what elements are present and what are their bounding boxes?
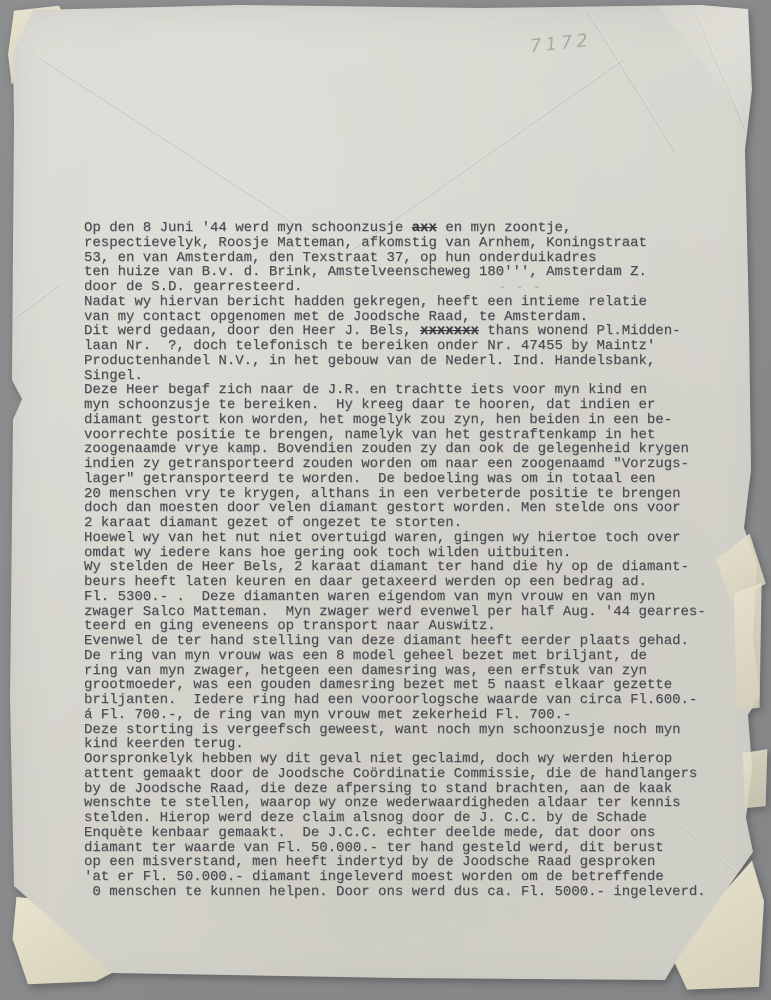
typed-text: diamant gestort kon worden, het mogelyk … xyxy=(84,412,672,428)
typed-line: De ring van myn vrouw was een 8 model ge… xyxy=(84,649,734,664)
typed-line: Enquète kenbaar gemaakt. De J.C.C. echte… xyxy=(84,826,734,841)
typed-text: briljanten. Iedere ring had een vooroorl… xyxy=(84,692,697,708)
typed-line: kind keerden terug. xyxy=(84,737,734,752)
typed-text: 'at er Fl. 50.000.- diamant ingeleverd m… xyxy=(84,869,664,885)
typed-text: á Fl. 700.-, de ring van myn vrouw met z… xyxy=(84,707,571,723)
document-paper: 7172 - - - Op den 8 Juni '44 werd myn sc… xyxy=(0,0,771,1000)
typed-line: 2 karaat diamant gezet of ongezet te sto… xyxy=(84,516,734,531)
typed-line: grootmoeder, was een gouden damesring be… xyxy=(84,678,734,693)
typed-text: Oorspronkelyk hebben wy dit geval niet g… xyxy=(84,751,672,767)
typed-line: lager" getransporteerd te worden. De bed… xyxy=(84,472,734,487)
typed-line: briljanten. Iedere ring had een vooroorl… xyxy=(84,693,734,708)
typed-line: diamant gestort kon worden, het mogelyk … xyxy=(84,413,734,428)
typed-text: stelden. Hierop werd deze claim alsnog d… xyxy=(84,810,647,826)
typed-text: Productenhandel N.V., in het gebouw van … xyxy=(84,353,655,369)
typed-text: laan Nr. ?, doch telefonisch te bereiken… xyxy=(84,338,655,354)
typed-line: Hoewel wy van het nut niet overtuigd war… xyxy=(84,531,734,546)
typed-text: en myn zoontje, xyxy=(437,220,571,236)
typed-text: 0 menschen te kunnen helpen. Door ons we… xyxy=(84,884,706,900)
typed-line: Op den 8 Juni '44 werd myn schoonzusje a… xyxy=(84,221,734,236)
typed-text: ten huize van B.v. d. Brink, Amstelveens… xyxy=(84,264,647,280)
typed-line: teerd en ging eveneens op transport naar… xyxy=(84,619,734,634)
typed-text: Fl. 5300.- . Deze diamanten waren eigend… xyxy=(84,589,655,605)
typed-line: ten huize van B.v. d. Brink, Amstelveens… xyxy=(84,265,734,280)
typed-line: stelden. Hierop werd deze claim alsnog d… xyxy=(84,811,734,826)
typed-line: Oorspronkelyk hebben wy dit geval niet g… xyxy=(84,752,734,767)
typed-text: 2 karaat diamant gezet of ongezet te sto… xyxy=(84,515,462,531)
typed-text: op een misverstand, men heeft indertyd b… xyxy=(84,854,655,870)
typed-text: Hoewel wy van het nut niet overtuigd war… xyxy=(84,530,681,546)
paper-crease xyxy=(8,285,59,324)
typed-text: wenschte te stellen, waarop wy onze wede… xyxy=(84,795,681,811)
typed-text: door de S.D. gearresteerd. xyxy=(84,279,302,295)
typed-text: Evenwel de ter hand stelling van deze di… xyxy=(84,633,689,649)
typed-text: attent gemaakt door de Joodsche Coördina… xyxy=(84,766,697,782)
typed-text: zoogenaamde vrye kamp. Bovendien zouden … xyxy=(84,441,689,457)
typed-text: Op den 8 Juni '44 werd myn schoonzusje xyxy=(84,220,412,236)
typed-line: indien zy getransporteerd zouden worden … xyxy=(84,457,734,472)
typed-line: Nadat wy hiervan bericht hadden gekregen… xyxy=(84,295,734,310)
typed-line: myn schoonzusje te bereiken. Hy kreeg da… xyxy=(84,398,734,413)
struck-out-text: axx xyxy=(412,220,437,236)
typed-line: Wy stelden de Heer Bels, 2 karaat diaman… xyxy=(84,560,734,575)
typed-text: Deze Heer begaf zich naar de J.R. en tra… xyxy=(84,382,647,398)
typed-text: grootmoeder, was een gouden damesring be… xyxy=(84,677,672,693)
typed-text: respectievelyk, Roosje Matteman, afkomst… xyxy=(84,235,647,251)
typed-text: beurs heeft laten keuren en daar getaxee… xyxy=(84,574,647,590)
tape-right-lower xyxy=(741,748,769,810)
typed-text: Nadat wy hiervan bericht hadden gekregen… xyxy=(84,294,647,310)
struck-out-text: xxxxxxx xyxy=(420,323,479,339)
typed-text: thans wonend Pl.Midden- xyxy=(479,323,681,339)
typed-line: attent gemaakt door de Joodsche Coördina… xyxy=(84,767,734,782)
typed-text: doch dan moesten door velen diamant gest… xyxy=(84,500,681,516)
typed-line: respectievelyk, Roosje Matteman, afkomst… xyxy=(84,236,734,251)
typed-line: 0 menschen te kunnen helpen. Door ons we… xyxy=(84,885,734,900)
typed-text: Wy stelden de Heer Bels, 2 karaat diaman… xyxy=(84,559,689,575)
typed-line: op een misverstand, men heeft indertyd b… xyxy=(84,855,734,870)
typed-line: 'at er Fl. 50.000.- diamant ingeleverd m… xyxy=(84,870,734,885)
typed-text: Enquète kenbaar gemaakt. De J.C.C. echte… xyxy=(84,825,655,841)
typed-line: á Fl. 700.-, de ring van myn vrouw met z… xyxy=(84,708,734,723)
typed-text-block: Op den 8 Juni '44 werd myn schoonzusje a… xyxy=(84,221,734,900)
typed-line: wenschte te stellen, waarop wy onze wede… xyxy=(84,796,734,811)
typed-line: Productenhandel N.V., in het gebouw van … xyxy=(84,354,734,369)
corner-fold-highlight xyxy=(656,5,750,123)
typed-line: zoogenaamde vrye kamp. Bovendien zouden … xyxy=(84,442,734,457)
typed-line: doch dan moesten door velen diamant gest… xyxy=(84,501,734,516)
typed-text: lager" getransporteerd te worden. De bed… xyxy=(84,471,655,487)
typed-line: laan Nr. ?, doch telefonisch te bereiken… xyxy=(84,339,734,354)
scan-background: 7172 - - - Op den 8 Juni '44 werd myn sc… xyxy=(0,0,771,1000)
typed-line: Evenwel de ter hand stelling van deze di… xyxy=(84,634,734,649)
typed-line: Fl. 5300.- . Deze diamanten waren eigend… xyxy=(84,590,734,605)
archival-number-pencil: 7172 xyxy=(529,30,593,57)
typed-line: Dit werd gedaan, door den Heer J. Bels, … xyxy=(84,324,734,339)
typed-text: myn schoonzusje te bereiken. Hy kreeg da… xyxy=(84,397,655,413)
typed-text: De ring van myn vrouw was een 8 model ge… xyxy=(84,648,647,664)
typed-text: indien zy getransporteerd zouden worden … xyxy=(84,456,689,472)
typed-text: teerd en ging eveneens op transport naar… xyxy=(84,618,496,634)
typed-text: Dit werd gedaan, door den Heer J. Bels, xyxy=(84,323,420,339)
typed-text: kind keerden terug. xyxy=(84,736,244,752)
typed-line: door de S.D. gearresteerd. xyxy=(84,280,734,295)
typed-line: Deze Heer begaf zich naar de J.R. en tra… xyxy=(84,383,734,398)
paper-shadow: 7172 - - - Op den 8 Juni '44 werd myn sc… xyxy=(0,0,771,1000)
typed-line: beurs heeft laten keuren en daar getaxee… xyxy=(84,575,734,590)
paper-crease xyxy=(586,10,676,152)
